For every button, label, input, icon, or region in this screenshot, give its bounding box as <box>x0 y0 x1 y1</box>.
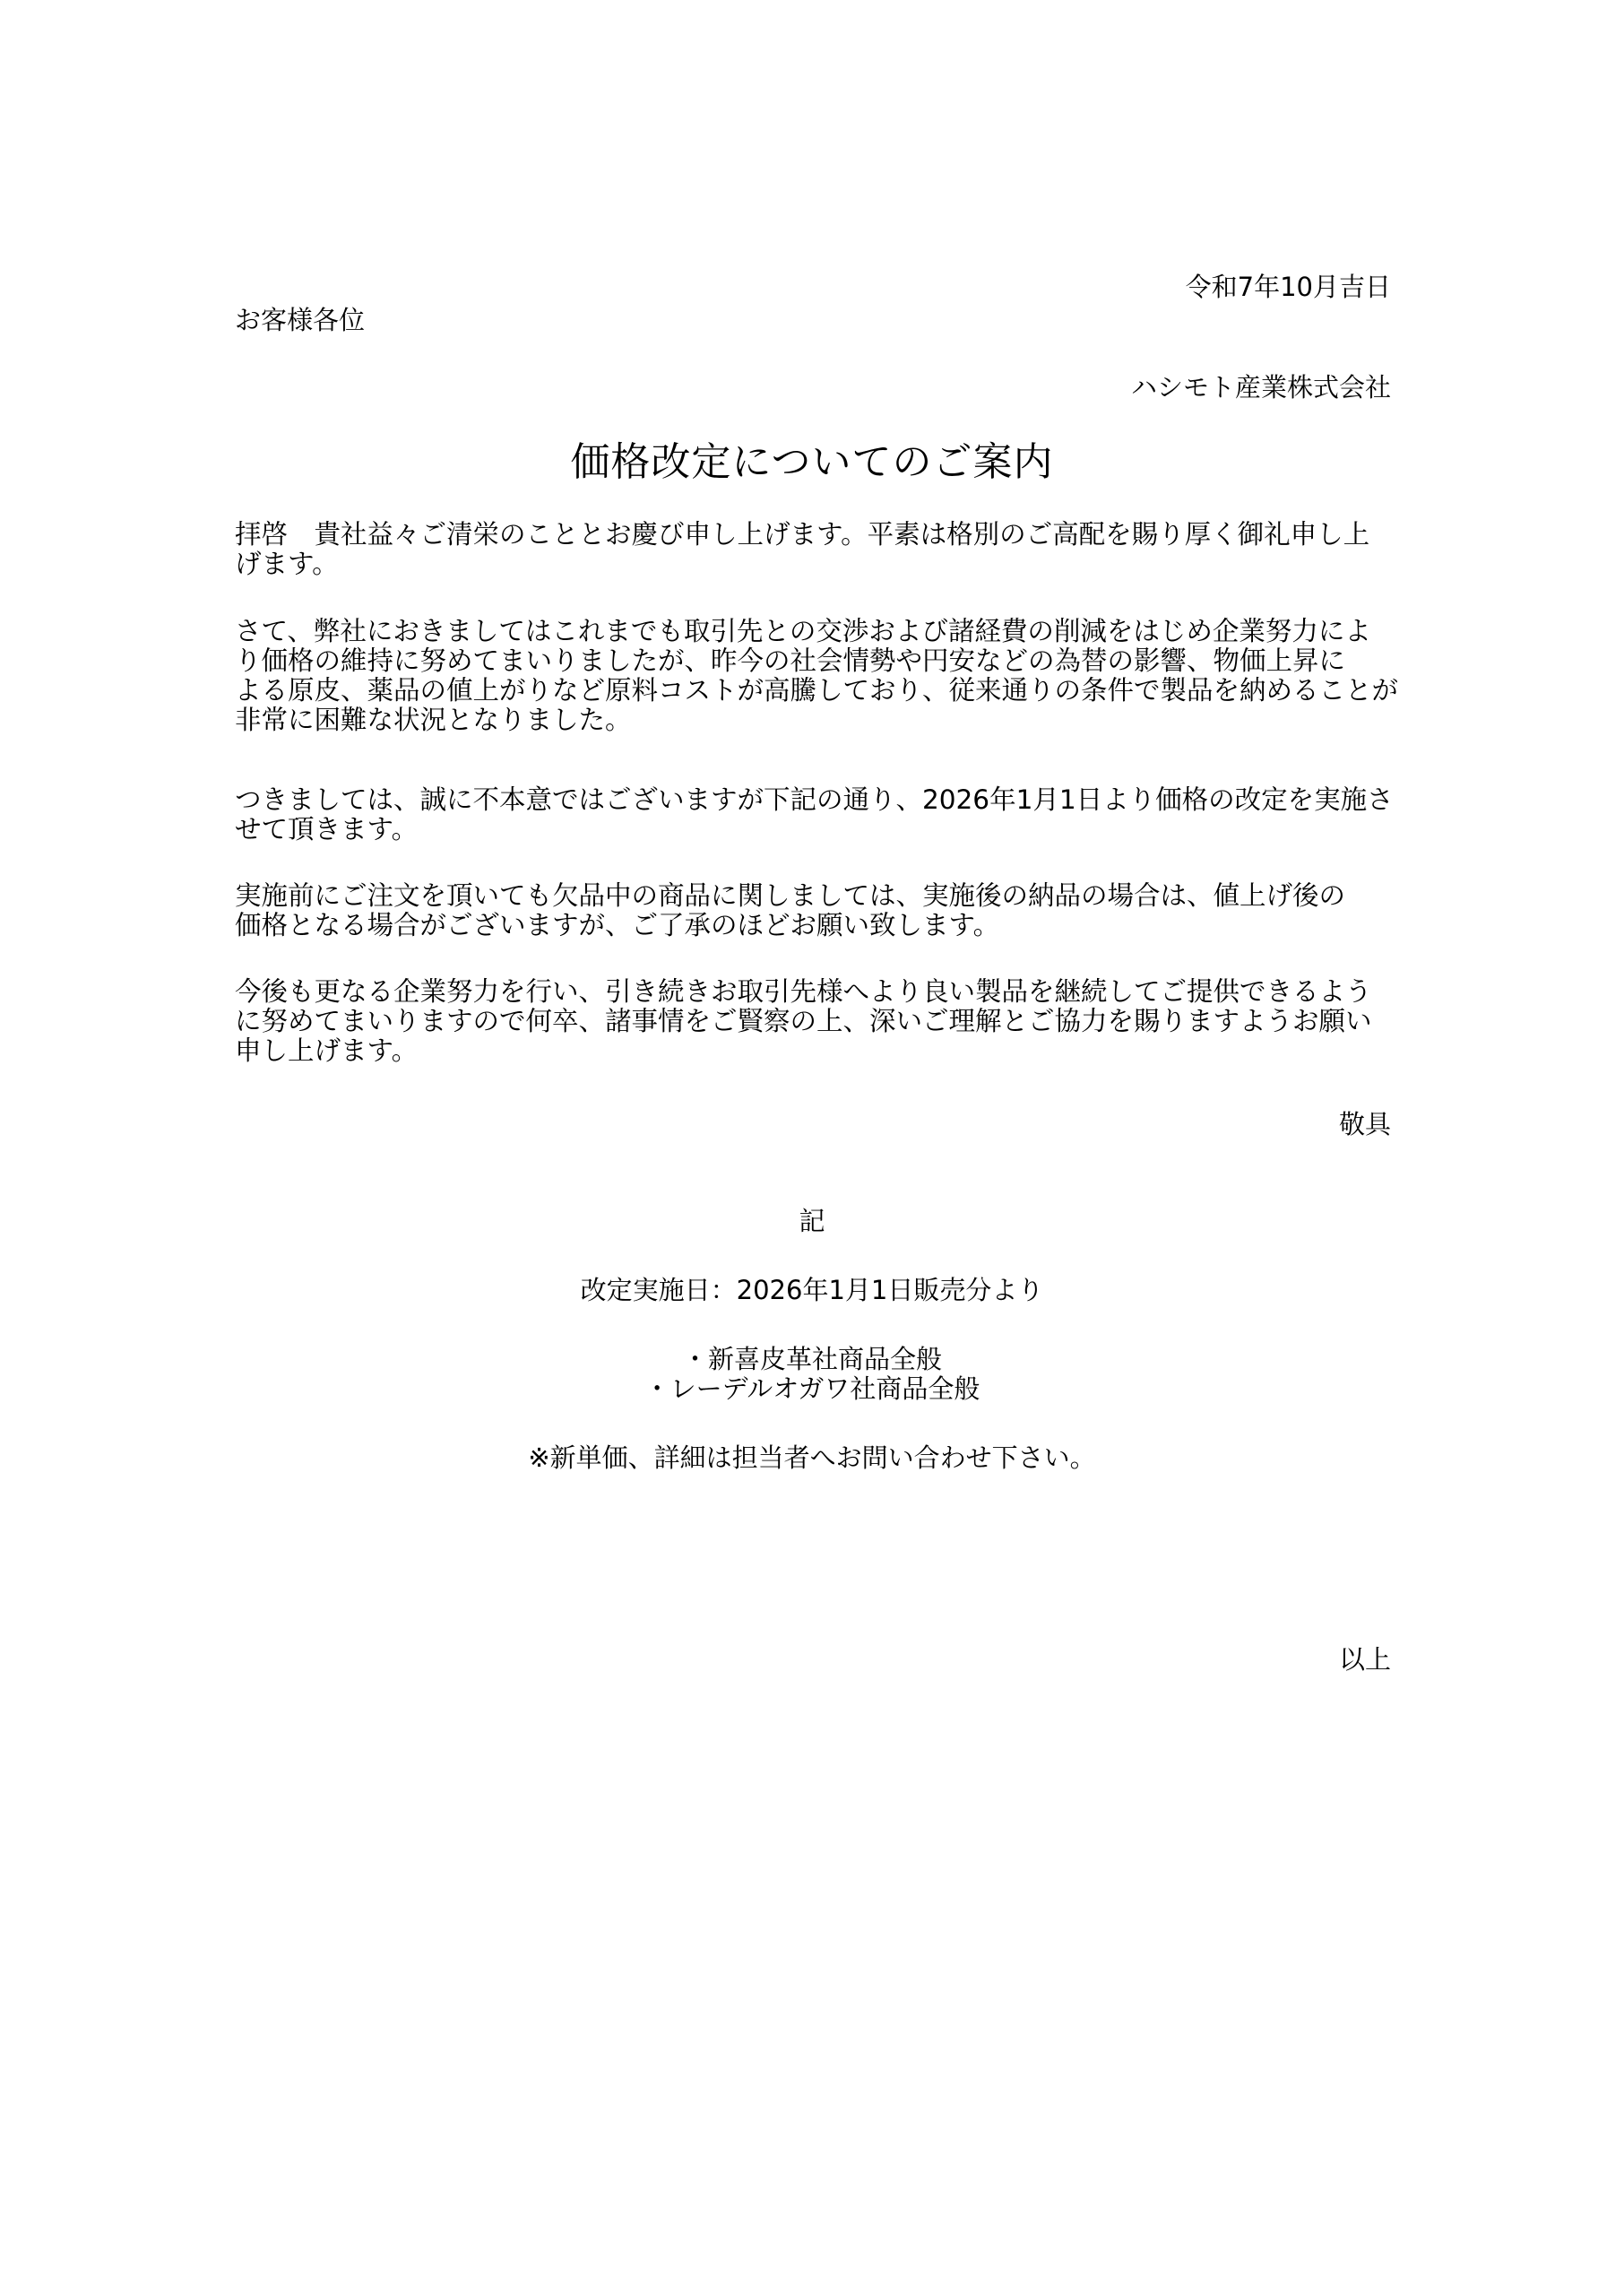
paragraph-line: に努めてまいりますので何卒、諸事情をご賢察の上、深いご理解とご協力を賜りますよう… <box>235 1007 1393 1036</box>
item-line: ・レーデルオガワ社商品全般 <box>0 1376 1624 1402</box>
contact-note: ※新単価、詳細は担当者へお問い合わせ下さい。 <box>0 1445 1624 1471</box>
paragraph-line: つきましては、誠に不本意ではございますが下記の通り、2026年1月1日より価格の… <box>235 785 1393 815</box>
recipient: お客様各位 <box>235 307 365 333</box>
paragraph-line: さて、弊社におきましてはこれまでも取引先との交渉および諸経費の削減をはじめ企業努… <box>235 617 1393 646</box>
paragraph-line: 価格となる場合がございますが、ご了承のほどお願い致します。 <box>235 911 1393 940</box>
letter-page: 令和7年10月吉日 お客様各位 ハシモト産業株式会社 価格改定についてのご案内 … <box>0 0 1624 2295</box>
document-title: 価格改定についてのご案内 <box>0 443 1624 482</box>
paragraph-line: よる原皮、薬品の値上がりなど原料コストが高騰しており、従来通りの条件で製品を納め… <box>235 676 1393 706</box>
paragraph-line: げます。 <box>235 550 1393 579</box>
closing-keigu: 敬具 <box>1339 1112 1391 1138</box>
effective-date: 改定実施日：2026年1月1日販売分より <box>0 1277 1624 1303</box>
paragraph-line: 今後も更なる企業努力を行い、引き続きお取引先様へより良い製品を継続してご提供でき… <box>235 977 1393 1007</box>
letter-date: 令和7年10月吉日 <box>1186 274 1391 300</box>
item-line: ・新喜皮革社商品全般 <box>0 1347 1624 1373</box>
paragraph-line: 実施前にご注文を頂いても欠品中の商品に関しましては、実施後の納品の場合は、値上げ… <box>235 881 1393 911</box>
sender-company: ハシモト産業株式会社 <box>1131 375 1391 401</box>
paragraph-greeting: 拝啓 貴社益々ご清栄のこととお慶び申し上げます。平素は格別のご高配を賜り厚く御礼… <box>235 520 1393 579</box>
paragraph-line: 拝啓 貴社益々ご清栄のこととお慶び申し上げます。平素は格別のご高配を賜り厚く御礼… <box>235 520 1393 550</box>
notes-heading: 記 <box>0 1208 1624 1234</box>
paragraph-backorder: 実施前にご注文を頂いても欠品中の商品に関しましては、実施後の納品の場合は、値上げ… <box>235 881 1393 940</box>
paragraph-announcement: つきましては、誠に不本意ではございますが下記の通り、2026年1月1日より価格の… <box>235 785 1393 844</box>
paragraph-line: 非常に困難な状況となりました。 <box>235 706 1393 735</box>
end-mark: 以上 <box>1339 1647 1391 1673</box>
paragraph-closing-request: 今後も更なる企業努力を行い、引き続きお取引先様へより良い製品を継続してご提供でき… <box>235 977 1393 1066</box>
paragraph-line: せて頂きます。 <box>235 815 1393 844</box>
paragraph-line: 申し上げます。 <box>235 1036 1393 1066</box>
paragraph-circumstances: さて、弊社におきましてはこれまでも取引先との交渉および諸経費の削減をはじめ企業努… <box>235 617 1393 735</box>
paragraph-line: り価格の維持に努めてまいりましたが、昨今の社会情勢や円安などの為替の影響、物価上… <box>235 646 1393 676</box>
